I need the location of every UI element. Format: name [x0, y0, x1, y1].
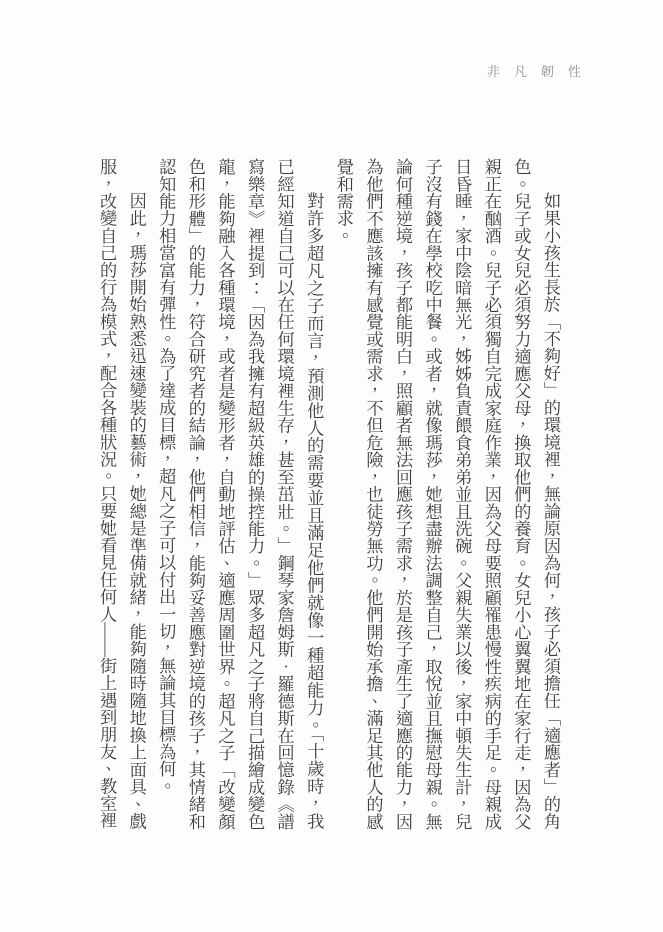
paragraph-2: 對許多超凡之子而言，預測他人的需要並且滿足他們就像一種超能力。「十歲時，我已經知…	[151, 158, 329, 830]
paragraph-3: 因此，瑪莎開始熟悉迅速變裝的藝術，她總是準備就緒，能夠隨時隨地換上面具、戲服，改…	[92, 158, 151, 830]
running-head-title: 非凡韌性	[487, 61, 595, 80]
book-page: 非凡韌性 如果小孩生長於「不夠好」的環境裡，無論原因為何，孩子必須擔任「適應者」…	[0, 0, 663, 932]
paragraph-1: 如果小孩生長於「不夠好」的環境裡，無論原因為何，孩子必須擔任「適應者」的角色。兒…	[328, 158, 565, 830]
body-text: 如果小孩生長於「不夠好」的環境裡，無論原因為何，孩子必須擔任「適應者」的角色。兒…	[91, 158, 565, 830]
